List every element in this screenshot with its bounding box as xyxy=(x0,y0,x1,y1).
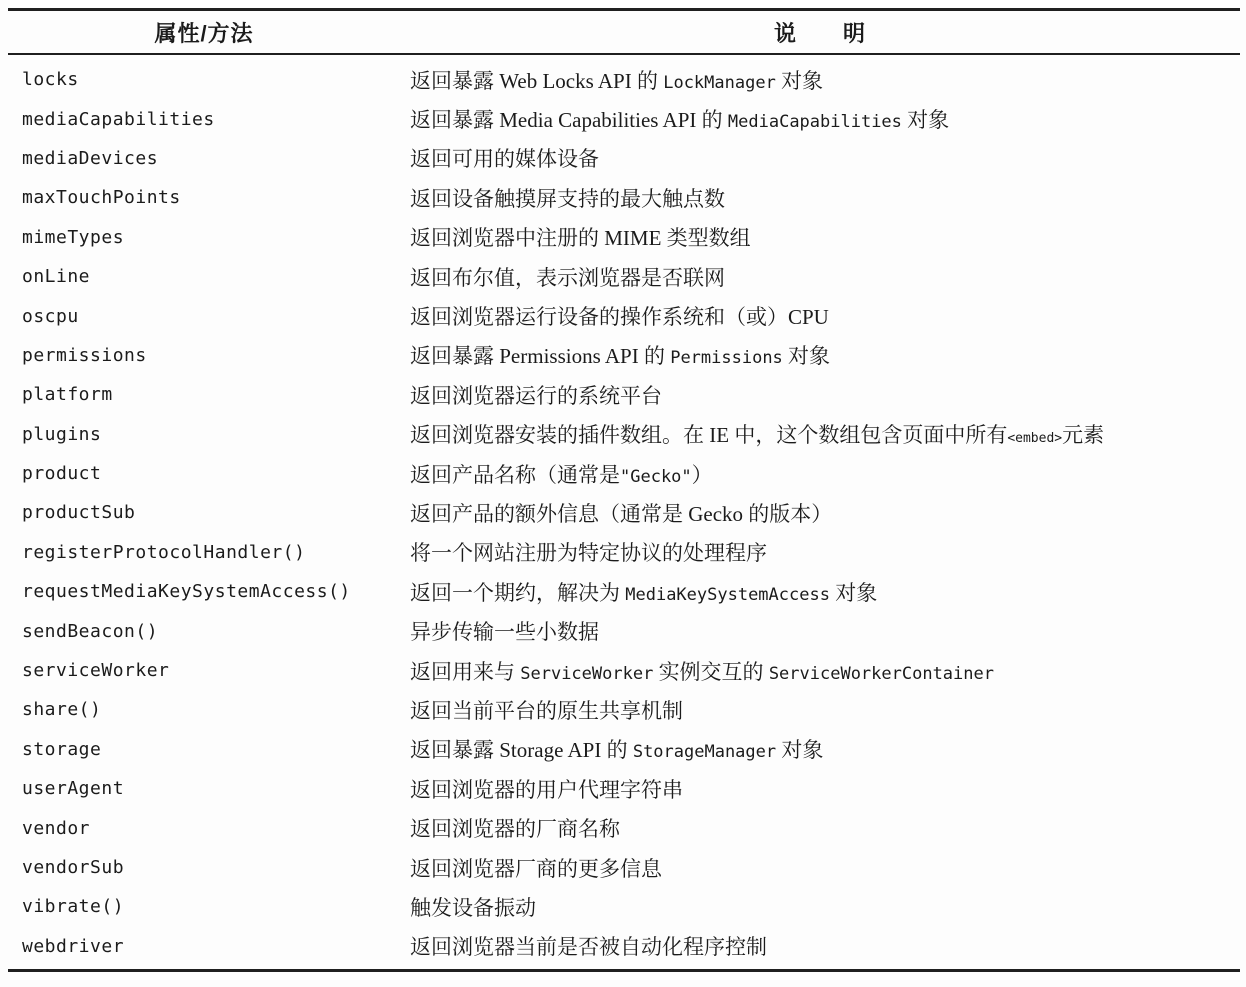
property-description: 返回暴露 Storage API 的 StorageManager 对象 xyxy=(400,734,1240,764)
property-description: 返回设备触摸屏支持的最大触点数 xyxy=(400,183,1240,213)
description-text: 元素 xyxy=(1062,423,1104,447)
code-term: MediaCapabilities xyxy=(728,112,902,132)
description-text: 返回浏览器的厂商名称 xyxy=(410,817,620,841)
description-text: 返回用来与 xyxy=(410,660,520,684)
code-term: Permissions xyxy=(670,348,783,368)
description-text: 返回暴露 Permissions API 的 xyxy=(410,344,670,368)
description-text: 触发设备振动 xyxy=(410,896,536,920)
property-name: productSub xyxy=(8,502,400,523)
table-row: platform 返回浏览器运行的系统平台 xyxy=(8,375,1240,414)
description-text: 返回可用的媒体设备 xyxy=(410,147,599,171)
property-description: 返回产品名称（通常是"Gecko"） xyxy=(400,459,1240,489)
property-description: 返回暴露 Media Capabilities API 的 MediaCapab… xyxy=(400,104,1240,134)
description-text: 将一个网站注册为特定协议的处理程序 xyxy=(410,541,767,565)
code-term: MediaKeySystemAccess xyxy=(625,585,830,605)
property-description: 返回用来与 ServiceWorker 实例交互的 ServiceWorkerC… xyxy=(400,656,1240,686)
description-text: 返回浏览器的用户代理字符串 xyxy=(410,778,683,802)
table-row: requestMediaKeySystemAccess() 返回一个期约，解决为… xyxy=(8,572,1240,611)
description-text: 返回暴露 Storage API 的 xyxy=(410,738,633,762)
description-text: 返回暴露 Web Locks API 的 xyxy=(410,69,663,93)
property-description: 返回浏览器厂商的更多信息 xyxy=(400,853,1240,883)
table-row: mimeTypes 返回浏览器中注册的 MIME 类型数组 xyxy=(8,218,1240,257)
property-description: 返回浏览器安装的插件数组。在 IE 中，这个数组包含页面中所有<embed>元素 xyxy=(400,419,1240,449)
property-name: maxTouchPoints xyxy=(8,187,400,208)
description-text: 返回产品的额外信息（通常是 Gecko 的版本） xyxy=(410,502,832,526)
description-text: 返回产品名称（通常是 xyxy=(410,463,620,487)
code-term: ServiceWorker xyxy=(520,664,653,684)
table-row: locks 返回暴露 Web Locks API 的 LockManager 对… xyxy=(8,60,1240,99)
property-name: vendorSub xyxy=(8,857,400,878)
property-description: 返回浏览器运行设备的操作系统和（或）CPU xyxy=(400,301,1240,331)
property-name: vendor xyxy=(8,818,400,839)
property-name: platform xyxy=(8,384,400,405)
column-header-property: 属性/方法 xyxy=(8,17,400,48)
description-text: 实例交互的 xyxy=(653,660,769,684)
property-description: 将一个网站注册为特定协议的处理程序 xyxy=(400,537,1240,567)
property-description: 返回浏览器中注册的 MIME 类型数组 xyxy=(400,222,1240,252)
table-header-row: 属性/方法 说 明 xyxy=(8,8,1240,55)
table-row: product 返回产品名称（通常是"Gecko"） xyxy=(8,454,1240,493)
property-name: product xyxy=(8,463,400,484)
description-text: 对象 xyxy=(902,108,949,132)
property-name: locks xyxy=(8,69,400,90)
description-text: 返回浏览器安装的插件数组。在 IE 中，这个数组包含页面中所有 xyxy=(410,423,1007,447)
property-description: 返回浏览器的用户代理字符串 xyxy=(400,774,1240,804)
table-row: userAgent 返回浏览器的用户代理字符串 xyxy=(8,769,1240,808)
property-name: userAgent xyxy=(8,778,400,799)
description-text: 对象 xyxy=(830,581,877,605)
property-name: onLine xyxy=(8,266,400,287)
property-description: 返回暴露 Permissions API 的 Permissions 对象 xyxy=(400,340,1240,370)
property-description: 返回可用的媒体设备 xyxy=(400,143,1240,173)
property-name: mimeTypes xyxy=(8,227,400,248)
description-text: 对象 xyxy=(783,344,830,368)
table-row: mediaCapabilities 返回暴露 Media Capabilitie… xyxy=(8,99,1240,138)
table-row: sendBeacon() 异步传输一些小数据 xyxy=(8,611,1240,650)
property-name: serviceWorker xyxy=(8,660,400,681)
description-text: 返回浏览器中注册的 MIME 类型数组 xyxy=(410,226,751,250)
property-description: 返回产品的额外信息（通常是 Gecko 的版本） xyxy=(400,498,1240,528)
property-description: 触发设备振动 xyxy=(400,892,1240,922)
code-term: LockManager xyxy=(663,73,776,93)
description-text: 异步传输一些小数据 xyxy=(410,620,599,644)
property-name: oscpu xyxy=(8,306,400,327)
table-row: permissions 返回暴露 Permissions API 的 Permi… xyxy=(8,336,1240,375)
description-text: 返回浏览器运行设备的操作系统和（或）CPU xyxy=(410,305,829,329)
description-text: ） xyxy=(692,463,713,487)
code-term: "Gecko" xyxy=(620,467,692,487)
table-row: share() 返回当前平台的原生共享机制 xyxy=(8,690,1240,729)
description-text: 返回暴露 Media Capabilities API 的 xyxy=(410,108,728,132)
table-row: plugins 返回浏览器安装的插件数组。在 IE 中，这个数组包含页面中所有<… xyxy=(8,415,1240,454)
property-description: 异步传输一些小数据 xyxy=(400,616,1240,646)
property-description: 返回布尔值，表示浏览器是否联网 xyxy=(400,262,1240,292)
property-description: 返回浏览器的厂商名称 xyxy=(400,813,1240,843)
column-header-description: 说 明 xyxy=(400,17,1240,48)
table-row: onLine 返回布尔值，表示浏览器是否联网 xyxy=(8,257,1240,296)
description-text: 返回当前平台的原生共享机制 xyxy=(410,699,683,723)
table-row: storage 返回暴露 Storage API 的 StorageManage… xyxy=(8,730,1240,769)
property-name: requestMediaKeySystemAccess() xyxy=(8,581,400,602)
property-name: plugins xyxy=(8,424,400,445)
description-text: 返回浏览器当前是否被自动化程序控制 xyxy=(410,935,767,959)
description-text: 返回一个期约，解决为 xyxy=(410,581,625,605)
table-row: oscpu 返回浏览器运行设备的操作系统和（或）CPU xyxy=(8,296,1240,335)
property-name: storage xyxy=(8,739,400,760)
table-row: registerProtocolHandler() 将一个网站注册为特定协议的处… xyxy=(8,533,1240,572)
property-name: mediaDevices xyxy=(8,148,400,169)
description-text: 返回设备触摸屏支持的最大触点数 xyxy=(410,187,725,211)
property-name: sendBeacon() xyxy=(8,621,400,642)
property-name: vibrate() xyxy=(8,896,400,917)
table-row: vendor 返回浏览器的厂商名称 xyxy=(8,808,1240,847)
table-row: vendorSub 返回浏览器厂商的更多信息 xyxy=(8,848,1240,887)
property-name: share() xyxy=(8,699,400,720)
property-name: registerProtocolHandler() xyxy=(8,542,400,563)
table-row: mediaDevices 返回可用的媒体设备 xyxy=(8,139,1240,178)
table-row: maxTouchPoints 返回设备触摸屏支持的最大触点数 xyxy=(8,178,1240,217)
property-description: 返回暴露 Web Locks API 的 LockManager 对象 xyxy=(400,65,1240,95)
description-text: 返回布尔值，表示浏览器是否联网 xyxy=(410,266,725,290)
property-name: mediaCapabilities xyxy=(8,109,400,130)
table-row: productSub 返回产品的额外信息（通常是 Gecko 的版本） xyxy=(8,493,1240,532)
description-text: 返回浏览器厂商的更多信息 xyxy=(410,857,662,881)
table-row: vibrate() 触发设备振动 xyxy=(8,887,1240,926)
property-description: 返回当前平台的原生共享机制 xyxy=(400,695,1240,725)
property-description: 返回浏览器运行的系统平台 xyxy=(400,380,1240,410)
description-text: 对象 xyxy=(776,69,823,93)
property-name: webdriver xyxy=(8,936,400,957)
description-text: 对象 xyxy=(776,738,823,762)
property-name: permissions xyxy=(8,345,400,366)
code-term: StorageManager xyxy=(633,742,776,762)
property-description: 返回浏览器当前是否被自动化程序控制 xyxy=(400,931,1240,961)
description-text: 返回浏览器运行的系统平台 xyxy=(410,384,662,408)
table-body: locks 返回暴露 Web Locks API 的 LockManager 对… xyxy=(8,55,1240,972)
navigator-properties-table: 属性/方法 说 明 locks 返回暴露 Web Locks API 的 Loc… xyxy=(8,8,1240,972)
code-term: ServiceWorkerContainer xyxy=(769,664,994,684)
property-description: 返回一个期约，解决为 MediaKeySystemAccess 对象 xyxy=(400,577,1240,607)
table-row: serviceWorker 返回用来与 ServiceWorker 实例交互的 … xyxy=(8,651,1240,690)
book-page: 属性/方法 说 明 locks 返回暴露 Web Locks API 的 Loc… xyxy=(0,0,1246,987)
table-row: webdriver 返回浏览器当前是否被自动化程序控制 xyxy=(8,927,1240,966)
code-term: <embed> xyxy=(1007,431,1062,446)
